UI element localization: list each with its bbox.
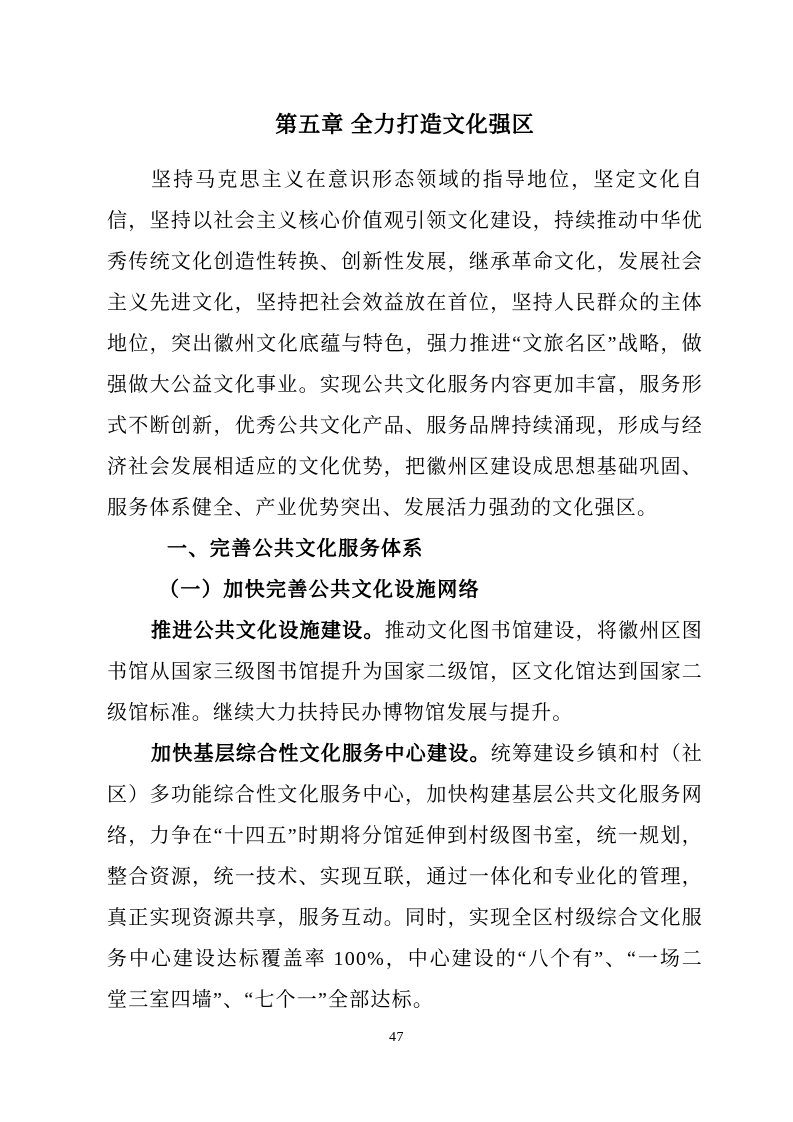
page-number: 47 bbox=[0, 1030, 793, 1046]
service-centers-paragraph: 加快基层综合性文化服务中心建设。统筹建设乡镇和村（社区）多功能综合性文化服务中心… bbox=[107, 734, 703, 1021]
facilities-paragraph-lead: 推进公共文化设施建设。 bbox=[151, 620, 385, 642]
section-heading: 一、完善公共文化服务体系 bbox=[107, 529, 703, 570]
chapter-title: 第五章 全力打造文化强区 bbox=[107, 110, 703, 140]
intro-paragraph-text: 坚持马克思主义在意识形态领域的指导地位，坚定文化自信，坚持以社会主义核心价值观引… bbox=[107, 169, 703, 519]
document-page: 第五章 全力打造文化强区 坚持马克思主义在意识形态领域的指导地位，坚定文化自信，… bbox=[0, 0, 793, 1122]
service-centers-paragraph-text: 统筹建设乡镇和村（社区）多功能综合性文化服务中心，加快构建基层公共文化服务网络，… bbox=[107, 743, 703, 1011]
intro-paragraph: 坚持马克思主义在意识形态领域的指导地位，坚定文化自信，坚持以社会主义核心价值观引… bbox=[107, 160, 703, 529]
facilities-paragraph: 推进公共文化设施建设。推动文化图书馆建设，将徽州区图书馆从国家三级图书馆提升为国… bbox=[107, 611, 703, 734]
subsection-heading: （一）加快完善公共文化设施网络 bbox=[107, 570, 703, 611]
service-centers-paragraph-lead: 加快基层综合性文化服务中心建设。 bbox=[151, 743, 491, 765]
